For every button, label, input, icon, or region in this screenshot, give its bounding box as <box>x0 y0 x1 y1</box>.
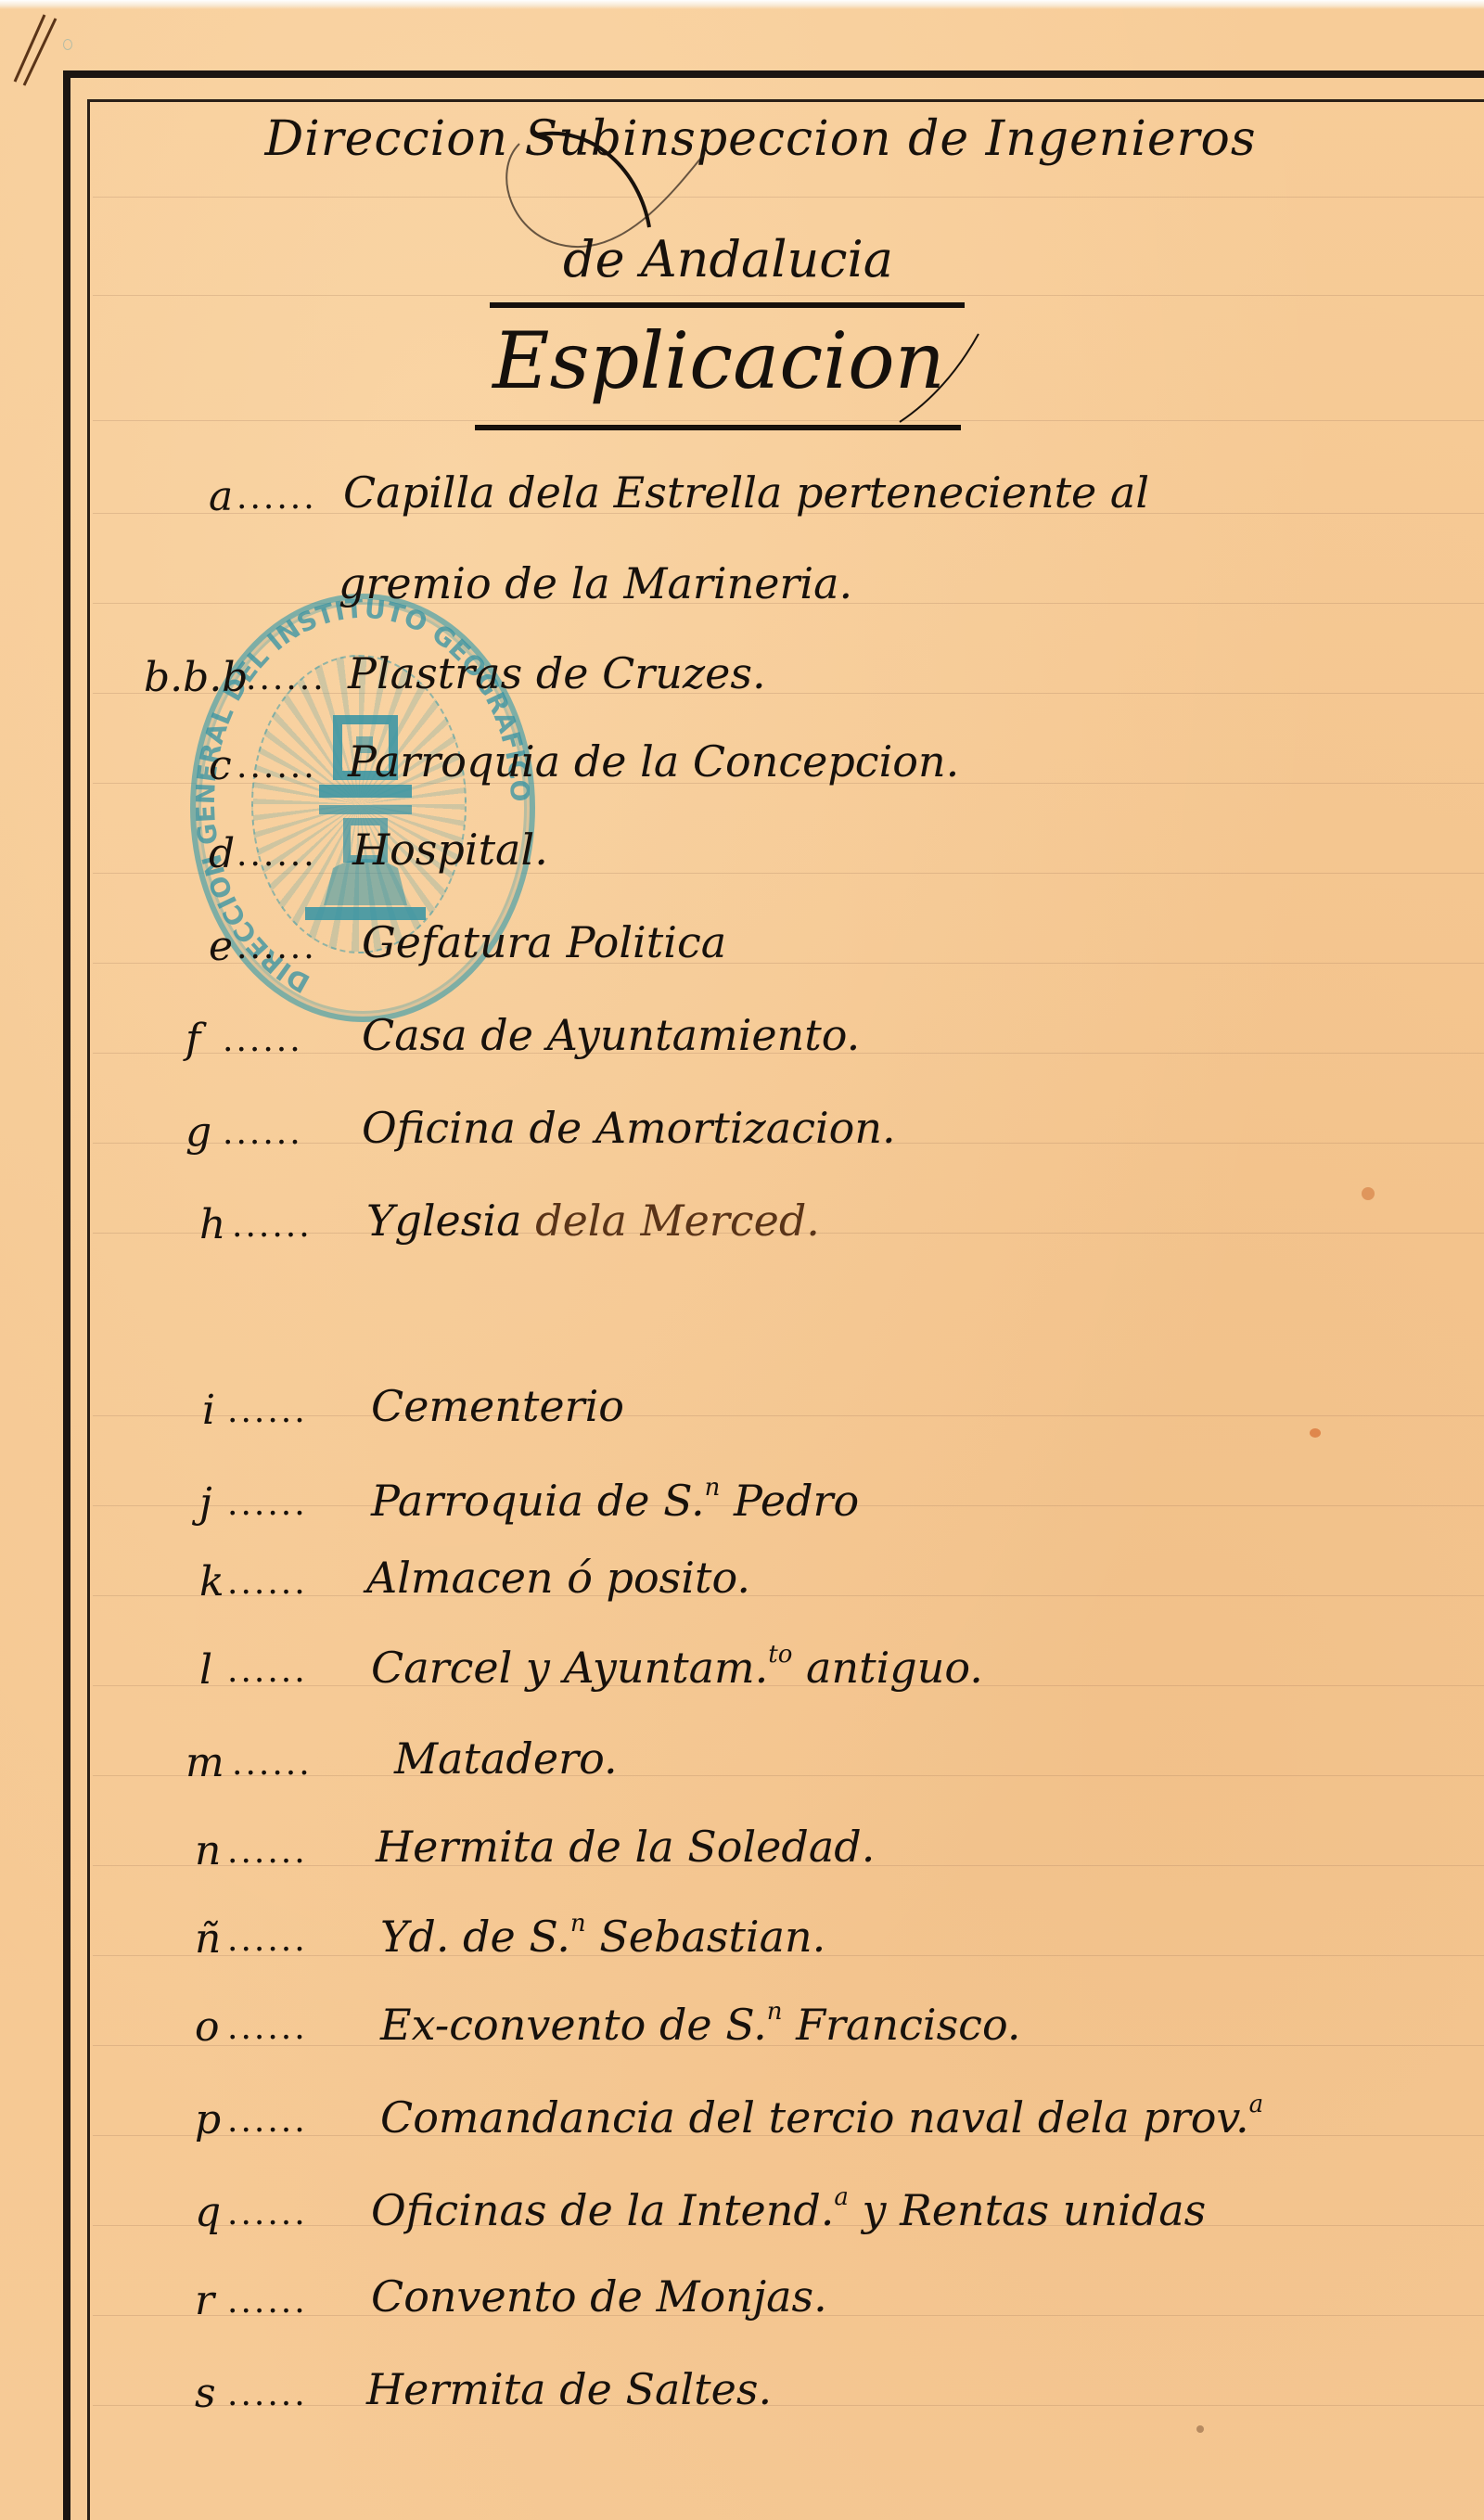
entry-dots: ...... <box>246 659 326 697</box>
header-title: Direccion Subinspeccion de Ingenieros <box>223 111 1298 167</box>
entry-text-brown-ink: dela Merced. <box>535 1196 820 1246</box>
entry-dots: ...... <box>227 2102 308 2140</box>
list-item-n-tilde: ñ ...... Yd. de S.n Sebastian. <box>0 1906 1484 1971</box>
list-item-a-continuation: gremio de la Marineria. <box>0 555 1484 620</box>
entry-dots: ...... <box>223 1021 303 1059</box>
entry-key: p <box>195 2096 221 2143</box>
entry-key: q <box>195 2189 221 2236</box>
entry-text-continuation: gremio de la Marineria. <box>339 558 852 608</box>
entry-text-main: Yd. de S. <box>380 1912 570 1962</box>
entry-key: d <box>209 830 235 877</box>
list-item-o: o ...... Ex-convento de S.n Francisco. <box>0 1994 1484 2059</box>
subtitle-underline <box>490 302 965 308</box>
list-item-l: l ...... Carcel y Ayuntam.to antiguo. <box>0 1637 1484 1702</box>
list-item-e: e ...... Gefatura Politica <box>0 914 1484 979</box>
entry-text: Carcel y Ayuntam.to antiguo. <box>371 1641 983 1693</box>
entry-text-after: antiguo. <box>806 1643 983 1693</box>
entry-text: Parroquia de la Concepcion. <box>348 736 959 787</box>
stain-spot <box>1362 1187 1375 1200</box>
entry-key: n <box>195 1827 221 1874</box>
entry-text-after: Sebastian. <box>599 1912 825 1962</box>
entry-dots: ...... <box>227 1564 308 1602</box>
entry-text: Capilla dela Estrella perteneciente al <box>343 467 1149 518</box>
list-item-n: n ...... Hermita de la Soledad. <box>0 1818 1484 1883</box>
entry-dots: ...... <box>227 1833 308 1871</box>
entry-dots: ...... <box>227 2283 308 2321</box>
list-item-b: b.b.b ...... Plastras de Cruzes. <box>0 645 1484 710</box>
entry-text: Gefatura Politica <box>362 917 726 967</box>
list-item-m: m ...... Matadero. <box>0 1730 1484 1795</box>
entry-key: f <box>185 1016 200 1063</box>
entry-dots: ...... <box>227 2375 308 2413</box>
entry-text-main: Carcel y Ayuntam. <box>371 1643 768 1693</box>
list-item-f: f ...... Casa de Ayuntamiento. <box>0 1006 1484 1071</box>
entry-text: Hospital. <box>352 825 548 875</box>
folio-dot <box>63 39 72 50</box>
entry-text: Comandancia del tercio naval dela prov.a <box>380 2091 1263 2143</box>
outer-border-top <box>63 70 1484 78</box>
entry-text-main: Parroquia de S. <box>371 1476 705 1526</box>
ruled-line <box>93 295 1484 296</box>
entry-text: Oficina de Amortizacion. <box>362 1103 896 1153</box>
entry-text: Hermita de la Soledad. <box>376 1822 875 1872</box>
ruled-line <box>93 197 1484 198</box>
paper-top-edge <box>0 0 1484 9</box>
inner-border-top <box>87 99 1484 102</box>
inner-border-left <box>87 99 90 2520</box>
list-item-c: c ...... Parroquia de la Concepcion. <box>0 733 1484 798</box>
entry-dots: ...... <box>237 748 317 786</box>
list-item-r: r ...... Convento de Monjas. <box>0 2268 1484 2333</box>
entry-superscript: to <box>768 1641 792 1669</box>
entry-text-after: Francisco. <box>796 2000 1020 2050</box>
list-item-h: h ...... Yglesia dela Merced. <box>0 1192 1484 1257</box>
entry-dots: ...... <box>232 1745 313 1783</box>
entry-text: Yd. de S.n Sebastian. <box>380 1910 825 1962</box>
entry-text-after: y Rentas unidas <box>863 2185 1207 2235</box>
list-item-j: j ...... Parroquia de S.n Pedro <box>0 1470 1484 1535</box>
entry-key: a <box>209 473 233 520</box>
entry-superscript: n <box>570 1910 586 1938</box>
entry-text-after: Pedro <box>734 1476 859 1526</box>
entry-dots: ...... <box>227 2009 308 2047</box>
entry-key: g <box>185 1108 211 1156</box>
entry-dots: ...... <box>227 1485 308 1523</box>
list-item-k: k ...... Almacen ó posito. <box>0 1549 1484 1614</box>
entry-key: l <box>199 1646 212 1694</box>
entry-key: j <box>199 1479 212 1527</box>
ruled-line <box>93 420 1484 421</box>
entry-text: Hermita de Saltes. <box>366 2364 772 2414</box>
entry-text: Matadero. <box>394 1733 618 1784</box>
list-item-i: i ...... Cementerio <box>0 1377 1484 1442</box>
entry-dots: ...... <box>237 928 317 966</box>
stain-spot <box>1196 2425 1204 2433</box>
entry-text: Casa de Ayuntamiento. <box>362 1010 860 1060</box>
entry-text: Yglesia dela Merced. <box>366 1196 820 1246</box>
entry-dots: ...... <box>232 1207 313 1245</box>
entry-key: i <box>202 1387 215 1434</box>
entry-text-main: Oficinas de la Intend. <box>371 2185 834 2235</box>
entry-superscript: n <box>705 1474 721 1502</box>
entry-superscript: n <box>767 1998 783 2026</box>
entry-superscript: a <box>1249 2091 1264 2118</box>
entry-dots: ...... <box>227 1392 308 1430</box>
entry-text-main: Ex-convento de S. <box>380 2000 767 2050</box>
stain-spot <box>1310 1428 1321 1438</box>
entry-key: r <box>195 2277 214 2324</box>
entry-text-main: Yglesia <box>366 1196 522 1246</box>
header-subtitle: de Andalucia <box>492 230 965 288</box>
entry-text: Parroquia de S.n Pedro <box>371 1474 859 1526</box>
list-item-p: p ...... Comandancia del tercio naval de… <box>0 2087 1484 2152</box>
list-item-q: q ...... Oficinas de la Intend.a y Renta… <box>0 2180 1484 2245</box>
entry-superscript: a <box>834 2183 849 2211</box>
entry-key: o <box>195 2003 220 2051</box>
entry-key: c <box>209 742 232 789</box>
list-item-d: d ...... Hospital. <box>0 821 1484 886</box>
entry-dots: ...... <box>237 479 317 517</box>
entry-key: b.b.b <box>144 654 248 701</box>
entry-key: ñ <box>195 1915 221 1963</box>
entry-text: Oficinas de la Intend.a y Rentas unidas <box>371 2183 1206 2235</box>
entry-text-main: Comandancia del tercio naval dela prov. <box>380 2092 1249 2143</box>
entry-text: Almacen ó posito. <box>366 1553 750 1603</box>
outer-border-left <box>63 70 70 2520</box>
entry-dots: ...... <box>227 2194 308 2232</box>
entry-text: Cementerio <box>371 1381 624 1431</box>
entry-key: k <box>199 1558 224 1605</box>
entry-text: Convento de Monjas. <box>371 2271 827 2322</box>
entry-key: s <box>195 2370 216 2417</box>
heading-underline <box>475 425 961 430</box>
list-item-s: s ...... Hermita de Saltes. <box>0 2360 1484 2425</box>
entry-text: Plastras de Cruzes. <box>348 648 766 698</box>
entry-key: m <box>185 1739 224 1786</box>
entry-dots: ...... <box>227 1652 308 1690</box>
entry-key: h <box>199 1201 225 1248</box>
entry-text: Ex-convento de S.n Francisco. <box>380 1998 1020 2050</box>
entry-dots: ...... <box>237 836 317 874</box>
list-item-g: g ...... Oficina de Amortizacion. <box>0 1099 1484 1164</box>
list-item-a: a ...... Capilla dela Estrella perteneci… <box>0 464 1484 529</box>
entry-key: e <box>209 923 233 970</box>
entry-dots: ...... <box>223 1114 303 1152</box>
folio-mark <box>7 7 63 91</box>
heading-esplicacion: Esplicacion <box>478 315 960 406</box>
entry-dots: ...... <box>227 1921 308 1959</box>
